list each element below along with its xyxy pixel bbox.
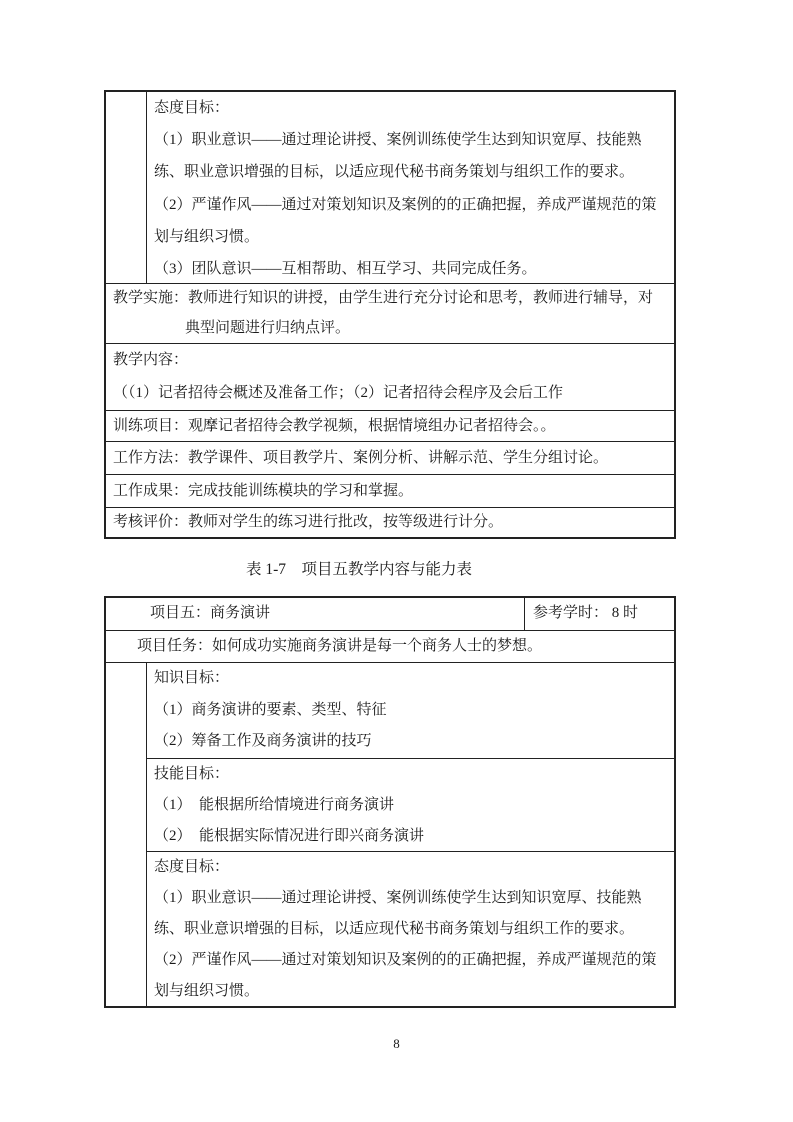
training-project-text: 训练项目：观摩记者招待会教学视频，根据情境组办记者招待会。。	[106, 411, 674, 441]
goals-cell: 知识目标： （1）商务演讲的要素、类型、特征 （2）筹备工作及商务演讲的技巧 技…	[147, 663, 674, 1006]
reference-hours-cell: 参考学时： 8 时	[524, 598, 674, 630]
knowledge-goals-title: 知识目标：	[147, 663, 674, 695]
row-teaching-content: 教学内容： （（1）记者招待会概述及准备工作；（2）记者招待会程序及会后工作	[106, 343, 674, 410]
row-work-result: 工作成果：完成技能训练模块的学习和掌握。	[106, 474, 674, 507]
row-teaching-implementation: 教学实施：教师进行知识的讲授，由学生进行充分讨论和思考，教师进行辅导，对典型问题…	[106, 283, 674, 343]
knowledge-goals-block: 知识目标： （1）商务演讲的要素、类型、特征 （2）筹备工作及商务演讲的技巧	[147, 663, 674, 758]
row-goals: 知识目标： （1）商务演讲的要素、类型、特征 （2）筹备工作及商务演讲的技巧 技…	[106, 662, 674, 1006]
row-project-task: 项目任务：如何成功实施商务演讲是每一个商务人士的梦想。	[106, 630, 674, 662]
skill-goals-block: 技能目标： （1） 能根据所给情境进行商务演讲 （2） 能根据实际情况进行即兴商…	[147, 758, 674, 851]
skill-goals-title: 技能目标：	[147, 759, 674, 790]
attitude-goal2-item-1: （1）职业意识——通过理论讲授、案例训练使学生达到知识宽厚、技能熟练、职业意识增…	[147, 883, 674, 945]
attitude-goals-title: 态度目标：	[147, 92, 674, 124]
row-project-header: 项目五：商务演讲 参考学时： 8 时	[106, 598, 674, 630]
attitude-goals-cell: 态度目标： （1）职业意识——通过理论讲授、案例训练使学生达到知识宽厚、技能熟练…	[147, 92, 674, 283]
document-page: 态度目标： （1）职业意识——通过理论讲授、案例训练使学生达到知识宽厚、技能熟练…	[0, 0, 793, 1122]
attitude-goal-item-2: （2）严谨作风——通过对策划知识及案例的的正确把握，养成严谨规范的策划与组织习惯…	[147, 189, 674, 253]
row-work-method: 工作方法：教学课件、项目教学片、案例分析、讲解示范、学生分组讨论。	[106, 441, 674, 474]
teaching-implementation-text: 教学实施：教师进行知识的讲授，由学生进行充分讨论和思考，教师进行辅导，对典型问题…	[106, 284, 674, 343]
page-number: 8	[0, 1036, 793, 1052]
assessment-label: 考核评价：	[113, 514, 188, 530]
table-project-four-teaching: 态度目标： （1）职业意识——通过理论讲授、案例训练使学生达到知识宽厚、技能熟练…	[104, 90, 676, 539]
attitude-goals-block: 态度目标： （1）职业意识——通过理论讲授、案例训练使学生达到知识宽厚、技能熟练…	[147, 851, 674, 1006]
skill-goal-item-1: （1） 能根据所给情境进行商务演讲	[147, 790, 674, 821]
work-result-text: 工作成果：完成技能训练模块的学习和掌握。	[106, 475, 674, 507]
skill-goal-item-2: （2） 能根据实际情况进行即兴商务演讲	[147, 821, 674, 851]
attitude-goal2-item-2: （2）严谨作风——通过对策划知识及案例的的正确把握，养成严谨规范的策划与组织习惯…	[147, 945, 674, 1006]
attitude-goal-item-1: （1）职业意识——通过理论讲授、案例训练使学生达到知识宽厚、技能熟练、职业意识增…	[147, 124, 674, 188]
knowledge-goal-item-2: （2）筹备工作及商务演讲的技巧	[147, 726, 674, 758]
goals-stub-cell	[106, 663, 147, 1006]
teaching-implementation-label: 教学实施：	[113, 290, 188, 306]
row-attitude-goals: 态度目标： （1）职业意识——通过理论讲授、案例训练使学生达到知识宽厚、技能熟练…	[106, 92, 674, 283]
row-training-project: 训练项目：观摩记者招待会教学视频，根据情境组办记者招待会。。	[106, 410, 674, 441]
row-header-stub-cell	[106, 92, 147, 283]
attitude-goals-title-2: 态度目标：	[147, 852, 674, 883]
assessment-text: 考核评价：教师对学生的练习进行批改，按等级进行计分。	[106, 508, 674, 537]
row-assessment: 考核评价：教师对学生的练习进行批改，按等级进行计分。	[106, 507, 674, 537]
teaching-content-label: 教学内容：	[106, 344, 674, 377]
project-task-text: 项目任务：如何成功实施商务演讲是每一个商务人士的梦想。	[106, 631, 674, 662]
knowledge-goal-item-1: （1）商务演讲的要素、类型、特征	[147, 695, 674, 727]
work-method-text: 工作方法：教学课件、项目教学片、案例分析、讲解示范、学生分组讨论。	[106, 442, 674, 474]
work-result-label: 工作成果：	[113, 483, 188, 499]
table-project-five-teaching: 项目五：商务演讲 参考学时： 8 时 项目任务：如何成功实施商务演讲是每一个商务…	[104, 596, 676, 1008]
work-method-label: 工作方法：	[113, 450, 188, 466]
project-title-cell: 项目五：商务演讲	[106, 598, 524, 630]
training-project-label: 训练项目：	[113, 418, 188, 434]
table-caption: 表 1-7 项目五教学内容与能力表	[104, 556, 676, 584]
teaching-content-text: （（1）记者招待会概述及准备工作；（2）记者招待会程序及会后工作	[106, 377, 674, 410]
attitude-goal-item-3: （3）团队意识——互相帮助、相互学习、共同完成任务。	[147, 253, 674, 283]
